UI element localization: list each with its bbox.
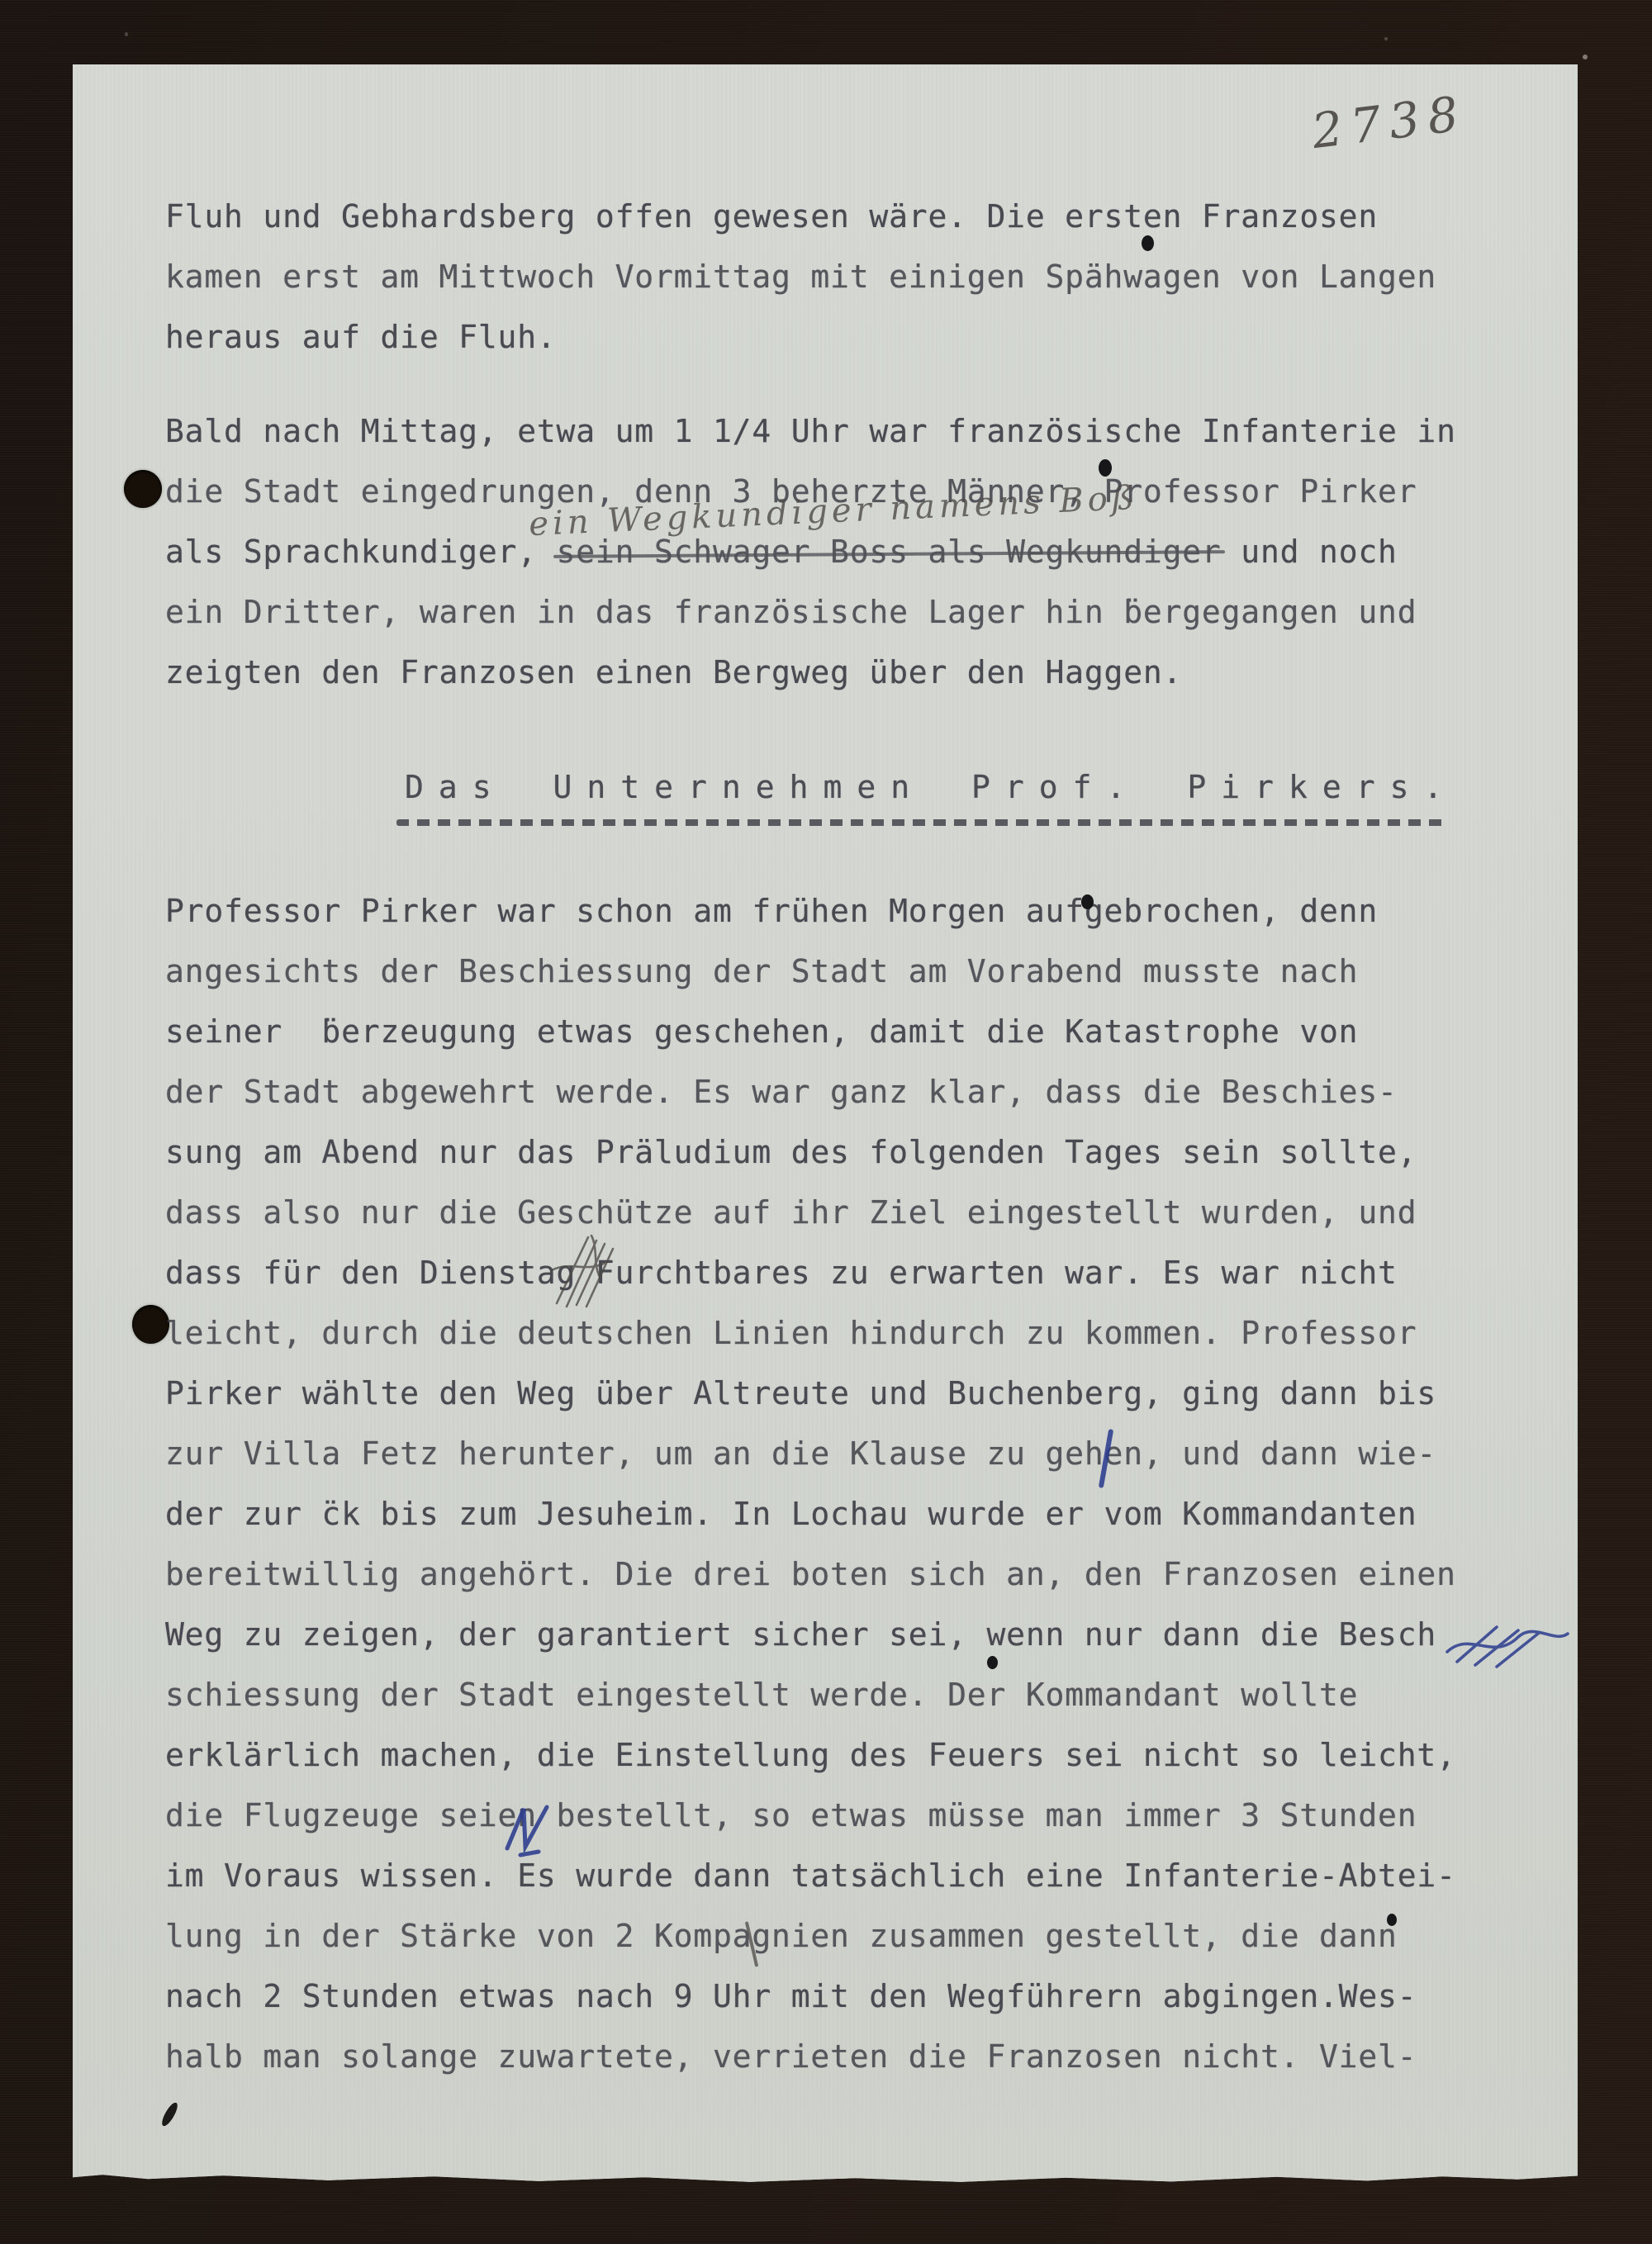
- typewritten-content: Fluh und Gebhardsberg offen gewesen wäre…: [73, 64, 1578, 2185]
- typewritten-line: die Flugzeuge seien bestellt, so etwas m…: [165, 1786, 1545, 1846]
- paper: Fluh und Gebhardsberg offen gewesen wäre…: [73, 64, 1578, 2185]
- typewritten-line: lung in der Stärke von 2 Kompagnien zusa…: [165, 1906, 1545, 1966]
- typewritten-line: kamen erst am Mittwoch Vormittag mit ein…: [165, 247, 1545, 307]
- typewritten-line: erklärlich machen, die Einstellung des F…: [165, 1725, 1545, 1786]
- ink-speck: [1081, 894, 1094, 909]
- dust-speck: [1583, 55, 1588, 59]
- dust-speck: [125, 32, 128, 36]
- typewritten-line: nach 2 Stunden etwas nach 9 Uhr mit den …: [165, 1966, 1545, 2027]
- text-segment: als Sprachkundiger,: [165, 534, 557, 570]
- heading-underline: [396, 819, 1444, 826]
- typewritten-line: bereitwillig angehört. Die drei boten si…: [165, 1544, 1545, 1605]
- text-segment: und noch: [1222, 534, 1398, 570]
- typewritten-line: als Sprachkundiger, sein Schwager Boss a…: [165, 522, 1545, 582]
- scanned-document-photo: { "page": { "handwritten_number": "2738"…: [0, 0, 1652, 2244]
- dust-speck: [1384, 37, 1388, 40]
- ink-speck: [1142, 235, 1154, 251]
- typewritten-line: seiner ̈berzeugung etwas geschehen, dami…: [165, 1002, 1545, 1062]
- ink-scribble-besch: [1442, 1619, 1574, 1673]
- ink-speck: [1387, 1914, 1397, 1926]
- typewritten-line: Weg zu zeigen, der garantiert sicher sei…: [165, 1605, 1545, 1665]
- typewritten-line: heraus auf die Fluh.: [165, 307, 1545, 368]
- typewritten-line: angesichts der Beschiessung der Stadt am…: [165, 942, 1545, 1002]
- typewritten-line: zur Villa Fetz herunter, um an die Klaus…: [165, 1424, 1545, 1484]
- paragraph-1: Fluh und Gebhardsberg offen gewesen wäre…: [165, 187, 1545, 368]
- typewritten-line: dass also nur die Geschütze auf ihr Ziel…: [165, 1183, 1545, 1243]
- pencil-scribble: [545, 1227, 657, 1310]
- struck-text: sein Schwager Boss als Wegkundiger: [557, 534, 1222, 570]
- ink-speck: [987, 1656, 998, 1669]
- ink-speck: [1099, 459, 1112, 477]
- typewritten-line: halb man solange zuwartete, verrieten di…: [165, 2027, 1545, 2087]
- typewritten-line: Bald nach Mittag, etwa um 1 1/4 Uhr war …: [165, 401, 1545, 462]
- typewritten-line: Pirker wählte den Weg über Altreute und …: [165, 1364, 1545, 1424]
- typewritten-line: ein Dritter, waren in das französische L…: [165, 582, 1545, 643]
- typewritten-line: zeigten den Franzosen einen Bergweg über…: [165, 643, 1545, 703]
- typewritten-line: Fluh und Gebhardsberg offen gewesen wäre…: [165, 187, 1545, 247]
- ink-mark-seien: [496, 1797, 570, 1862]
- typewritten-line: leicht, durch die deutschen Linien hindu…: [165, 1303, 1545, 1364]
- typewritten-line: dass für den Dienstag Furchtbares zu erw…: [165, 1243, 1545, 1303]
- paragraph-3: Professor Pirker war schon am frühen Mor…: [165, 881, 1545, 2087]
- section-heading: Das Unternehmen Prof. Pirkers.: [405, 757, 1545, 818]
- typewritten-line: im Voraus wissen. Es wurde dann tatsächl…: [165, 1846, 1545, 1906]
- typewritten-line: schiessung der Stadt eingestellt werde. …: [165, 1665, 1545, 1725]
- typewritten-line: der zur ̈ck bis zum Jesuheim. In Lochau …: [165, 1484, 1545, 1544]
- typewritten-line: sung am Abend nur das Präludium des folg…: [165, 1122, 1545, 1183]
- paragraph-2: Bald nach Mittag, etwa um 1 1/4 Uhr war …: [165, 401, 1545, 703]
- typewritten-line: Professor Pirker war schon am frühen Mor…: [165, 881, 1545, 942]
- typewritten-line: der Stadt abgewehrt werde. Es war ganz k…: [165, 1062, 1545, 1122]
